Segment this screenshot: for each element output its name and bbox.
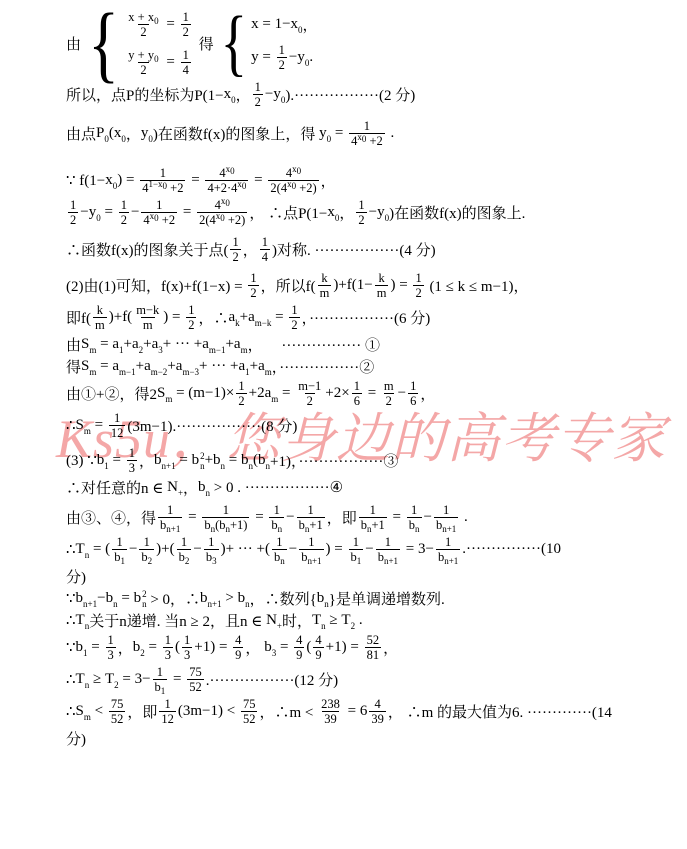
text-run: 2 [188, 318, 194, 332]
scripted-symbol: b2 [179, 550, 190, 564]
fraction: km [318, 271, 332, 300]
denominator: b1 [112, 549, 127, 564]
scripted-symbol: T2 [341, 612, 355, 629]
text-run: 1 [291, 303, 297, 317]
brace-group: {x = 1−x0，y = 12−y0. [216, 14, 318, 73]
subscript: 0 [230, 167, 235, 176]
text-run: 2 [307, 394, 313, 408]
text-run: 1 [255, 80, 261, 94]
fraction: 1bn [272, 535, 287, 564]
denominator: 52 [187, 679, 204, 694]
text-run: = [179, 204, 195, 221]
text-run: ， [321, 170, 336, 191]
text-run: m [384, 379, 394, 393]
text-run: n+1 [442, 525, 456, 534]
text-run: )+( [156, 541, 174, 558]
text-run: = [389, 509, 405, 526]
text-run: = [331, 125, 347, 142]
text-run: m [320, 286, 330, 300]
denominator: 2 [305, 393, 315, 408]
scripted-symbol: bn+1 [154, 452, 176, 469]
numerator: 238 [319, 697, 342, 711]
scripted-symbol: bn [258, 452, 270, 469]
superscript: 1−x0 [148, 180, 167, 189]
solution-line: ∴Tn关于n递增. 当n ≥ 2，且n ∈ N+时，Tn ≥ T2 . [66, 610, 681, 631]
text-run: 得 [66, 356, 81, 377]
text-run: +1 [309, 518, 322, 532]
text-run: 1 [160, 166, 166, 180]
scripted-symbol: bn [204, 518, 215, 532]
equation-stack: x + x02 = 12y + y02 = 14 [124, 9, 193, 78]
text-run: ).·················(2 分) [285, 84, 415, 105]
denominator: 81 [365, 647, 382, 662]
numerator: 1 [368, 503, 378, 517]
text-run: ∴ [66, 416, 76, 435]
text-run: 关于n递增. 当n ≥ 2，且n ∈ [89, 610, 266, 631]
text-run: 0 [230, 167, 235, 176]
text-run: 2 [238, 394, 244, 408]
text-run: n [278, 525, 283, 534]
scripted-symbol: a1 [112, 336, 123, 353]
text-run: }是单调递增数列. [329, 588, 445, 609]
text-run: 1 [357, 557, 362, 566]
solution-line: ∴Tn = (1b1−1b2)+(1b2−1b3)+ ··· +(1bn−1bn… [66, 534, 681, 565]
scripted-symbol: y0 [319, 125, 331, 142]
text-run: > 0，∴ [147, 588, 200, 609]
denominator: bn+1 [434, 517, 458, 532]
text-run: m−k [136, 303, 159, 317]
text-run: 0 [298, 26, 303, 35]
denominator: b2 [139, 549, 154, 564]
text-run: ) = [326, 541, 347, 558]
scripted-symbol: b3 [264, 639, 276, 656]
denominator: 4x0 +2 [349, 133, 385, 148]
scripted-symbol: a1 [238, 358, 249, 375]
denominator: b2 [177, 549, 192, 564]
text-run: 2 [140, 25, 146, 39]
text-run: > [222, 590, 238, 607]
scripted-symbol: x0 [150, 212, 159, 221]
fraction: 4x02(4x0 +2) [268, 166, 318, 195]
fraction: 12 [356, 198, 366, 227]
fraction: y + y02 [126, 48, 160, 77]
denominator: 2(4x0 +2) [268, 180, 318, 195]
text-run: +2× [325, 385, 349, 402]
text-run: 1 [445, 535, 451, 549]
text-run: ， [118, 637, 133, 658]
numerator: 1 [362, 119, 372, 133]
subscript: 1 [83, 649, 88, 658]
text-run: +2) [296, 181, 317, 195]
text-run: − [131, 204, 139, 221]
solution-line: 分) [66, 566, 681, 587]
scripted-symbol: bn [271, 518, 282, 532]
fraction: 12 [186, 303, 196, 332]
text-run: +2) [225, 213, 246, 227]
text-run: 39 [371, 712, 384, 726]
scripted-symbol: bn [317, 590, 329, 607]
denominator: 2 [119, 212, 129, 227]
equation-row: x = 1−x0， [251, 14, 317, 35]
scripted-symbol: 4x0 [143, 213, 158, 227]
text-run: = [91, 417, 107, 434]
text-run: 0 [163, 182, 168, 191]
subscript: 1 [161, 687, 166, 696]
scripted-symbol: N+ [167, 479, 183, 496]
text-run: 1 [104, 462, 109, 471]
denominator: 3 [106, 647, 116, 662]
text-run: ，即 [327, 507, 357, 528]
scripted-symbol: Tn [76, 541, 90, 558]
subscript: m−3 [182, 368, 199, 377]
text-run: 81 [367, 648, 380, 662]
numerator: 1 [158, 166, 168, 180]
subscript: n [85, 551, 90, 560]
solution-line: 由点P0(x0，y0)在函数f(x)的图象上，得 y0 = 14x0 +2 . [66, 118, 681, 149]
subscript: m [241, 346, 248, 355]
superscript: x0 [221, 197, 230, 206]
denominator: m [318, 285, 332, 300]
text-run: = [145, 639, 161, 656]
denominator: 2 [289, 317, 299, 332]
text-run: 1 [165, 697, 171, 711]
text-run: 2 [148, 557, 153, 566]
text-run: 0 [242, 182, 247, 191]
text-run: 1 [181, 535, 187, 549]
text-run: ∴ [66, 670, 76, 689]
text-run: = [96, 336, 112, 353]
text-run: 1 [279, 43, 285, 57]
denominator: 2 [181, 24, 191, 39]
subscript: n [280, 557, 285, 566]
numerator: k [319, 271, 329, 285]
subscript: n [278, 525, 283, 534]
numerator: 1 [408, 379, 418, 393]
text-run: + [143, 336, 151, 353]
text-run: x + [128, 10, 148, 24]
fraction: 4x04+2·4x0 [205, 166, 248, 195]
scripted-symbol: Sm [157, 385, 172, 402]
subscript: n+1 [208, 600, 222, 609]
scripted-symbol: 41−x0 [142, 181, 167, 195]
denominator: 2(4x0 +2) [197, 212, 247, 227]
text-run: 1 [415, 271, 421, 285]
text-run: 2 [140, 63, 146, 77]
subscript: 0 [297, 167, 302, 176]
fraction: 1b1 [112, 535, 127, 564]
scripted-symbol: bn+1 [438, 550, 458, 564]
scripted-symbol: y0 [273, 86, 285, 103]
numerator: 1 [165, 503, 175, 517]
subscript: 2 [114, 681, 119, 690]
text-run: − [365, 541, 373, 558]
text-run: 0 [297, 167, 302, 176]
numerator: 1 [119, 198, 129, 212]
scripted-symbol: am [234, 336, 248, 353]
text-run: = [187, 172, 203, 189]
subscript: 3 [212, 557, 217, 566]
fraction: 23839 [319, 697, 342, 726]
denominator: 2 [356, 212, 366, 227]
denominator: 2 [138, 62, 148, 77]
denominator: m [93, 317, 107, 332]
subscript: 2 [185, 557, 190, 566]
text-run: 0 [121, 135, 126, 144]
text-run: 1 [157, 665, 163, 679]
fraction: m−12 [296, 379, 323, 408]
subscript: 0 [292, 182, 297, 191]
subscript: n+1 [162, 462, 176, 471]
text-run: 9 [235, 648, 241, 662]
text-run: 2 [415, 286, 421, 300]
text-run: 39 [324, 712, 337, 726]
text-run: ， [236, 84, 251, 105]
text-run: 3 [272, 649, 277, 658]
subscript: n+1 [444, 557, 458, 566]
text-run: 1 [364, 119, 370, 133]
text-run: +1) [230, 518, 247, 532]
text-run: ， ················ ① [248, 334, 380, 355]
denominator: bn+1 [436, 549, 460, 564]
text-run: ， [126, 123, 141, 144]
scripted-symbol: a3 [152, 336, 163, 353]
denominator: 4 [260, 249, 270, 264]
text-run: 52 [189, 680, 202, 694]
text-run: − [193, 541, 201, 558]
denominator: 9 [294, 647, 304, 662]
subscript: n [211, 525, 216, 534]
text-run: ( [175, 639, 180, 656]
text-run: m−1 [209, 346, 226, 355]
scripted-symbol: b2 [133, 639, 145, 656]
text-run: 1 [245, 368, 250, 377]
scripted-symbol: bn [241, 452, 253, 469]
scripted-symbol: bn [219, 518, 230, 532]
scripted-symbol: b1 [114, 550, 125, 564]
solution-line: ∴函数f(x)的图象关于点(12，14)对称. ················… [66, 234, 681, 265]
text-run: ) = [390, 277, 411, 294]
numerator: 1 [163, 697, 173, 711]
subscript: k [235, 319, 240, 328]
scripted-symbol: ak [228, 309, 239, 326]
subscript: 0 [96, 214, 101, 223]
scripted-symbol: x0 [327, 204, 339, 221]
scripted-symbol: x0 [292, 165, 301, 174]
subscript: 3 [272, 649, 277, 658]
scripted-symbol: 4x0 [215, 198, 230, 212]
text-run: 0 [327, 135, 332, 144]
numerator: x + x0 [126, 10, 160, 24]
text-run: 1 [223, 503, 229, 517]
text-run: k [97, 303, 103, 317]
subscript: 0 [298, 26, 303, 35]
scripted-symbol: y0 [148, 48, 159, 62]
subscript: 0 [220, 214, 225, 223]
text-run: 0 [225, 199, 230, 208]
document-body: 由{x + x02 = 12y + y02 = 14 得{x = 1−x0，y … [66, 9, 681, 749]
fraction: 49 [313, 633, 323, 662]
text-run: n+1 [83, 600, 97, 609]
text-run: ， [243, 239, 258, 260]
text-run: n+1 [166, 525, 180, 534]
scripted-symbol: x0 [158, 180, 167, 189]
denominator: 3 [182, 647, 192, 662]
text-run: m [143, 318, 153, 332]
text-run: 1 [358, 198, 364, 212]
numerator: 1 [127, 446, 137, 460]
scripted-symbol: x0 [114, 125, 126, 142]
brace-group: {x + x02 = 12y + y02 = 14 [83, 9, 193, 78]
text-run: n+1 [384, 557, 398, 566]
text-run: ，∴m < [259, 701, 317, 722]
text-run: n [324, 600, 329, 609]
text-run: n [142, 600, 147, 609]
text-run: 9 [315, 648, 321, 662]
text-run: y = [251, 49, 274, 66]
denominator: 39 [322, 711, 339, 726]
solution-line: 由{x + x02 = 12y + y02 = 14 得{x = 1−x0，y … [66, 9, 681, 78]
fraction: m−km [134, 303, 161, 332]
text-run: 0 [113, 182, 118, 191]
text-run: m−3 [182, 368, 199, 377]
fraction: 13 [163, 633, 173, 662]
text-run: m [271, 395, 278, 404]
text-run: m [84, 713, 91, 722]
subscript: 0 [385, 214, 390, 223]
text-run: m [377, 286, 387, 300]
numerator: 1 [272, 503, 282, 517]
text-run: ， [245, 637, 264, 658]
scripted-symbol: bn [274, 550, 285, 564]
text-run: ∵ [66, 638, 76, 657]
scripted-symbol: x0 [357, 133, 366, 142]
text-run: 52 [111, 712, 124, 726]
text-run: y + [128, 48, 148, 62]
fraction: 16 [408, 379, 418, 408]
numerator: 1 [443, 535, 453, 549]
text-run: 1 [410, 379, 416, 393]
text-run: m [84, 427, 91, 436]
text-run: n [206, 489, 211, 498]
text-run: 9 [296, 648, 302, 662]
text-run: n+1 [307, 557, 321, 566]
denominator: bn [269, 517, 284, 532]
text-run: 2 [140, 649, 145, 658]
text-run: ，所以f( [261, 275, 316, 296]
numerator: 1 [409, 503, 419, 517]
subscript: n [367, 525, 372, 534]
text-run: +1 [371, 518, 384, 532]
text-run: 0 [220, 214, 225, 223]
text-run: 4+2· [207, 181, 231, 195]
fraction: 12 [253, 80, 263, 109]
text-run: + [240, 309, 248, 326]
numerator: 1 [352, 379, 362, 393]
denominator: 52 [241, 711, 258, 726]
text-run: )在函数f(x)的图象上，得 [153, 123, 319, 144]
text-run: 1 [183, 48, 189, 62]
text-run: ， ∴m 的最大值为6. ·············(14 [388, 701, 612, 722]
fraction: 12 [248, 271, 258, 300]
solution-line: (3) ∵b1 = 13，bn+1 = b2n+bn = bn(bn+1)，··… [66, 445, 681, 476]
text-run: 2 [351, 622, 356, 631]
subscript: n [245, 600, 250, 609]
denominator: 41−x0 +2 [140, 180, 185, 195]
denominator: 2 [413, 285, 423, 300]
text-run: − [265, 86, 273, 103]
text-run: 0 [305, 59, 310, 68]
text-run: ≥ [89, 671, 105, 688]
denominator: 52 [109, 711, 126, 726]
fraction: 141−x0 +2 [140, 166, 185, 195]
scripted-symbol: am−2 [144, 358, 167, 375]
subscript: n [249, 462, 254, 471]
solution-line: ∵bn+1−bn = b2n > 0，∴bn+1 > bn，∴数列{bn}是单调… [66, 588, 681, 609]
scripted-symbol: bn+1 [160, 518, 180, 532]
denominator: b3 [204, 549, 219, 564]
text-run: 由①+②，得2 [66, 383, 157, 404]
text-run: 4 [296, 633, 302, 647]
text-run: ，·················(6 分) [302, 307, 431, 328]
scripted-symbol: bn+1 [76, 590, 98, 607]
text-run: . [387, 125, 395, 142]
text-run: 0 [154, 55, 159, 64]
text-run: 2 [232, 250, 238, 264]
subscript: 1 [120, 557, 125, 566]
text-run: 1 [238, 379, 244, 393]
text-run: ∵ f(1− [66, 171, 105, 190]
scripted-symbol: Sm [81, 336, 96, 353]
subscript: n+1 [307, 557, 321, 566]
numerator: 1 [179, 535, 189, 549]
text-run: 1 [183, 10, 189, 24]
scripted-symbol: b1 [97, 452, 109, 469]
text-run: 0 [96, 214, 101, 223]
text-run: 75 [243, 697, 256, 711]
subscript: 0 [335, 214, 340, 223]
text-run: = [169, 671, 185, 688]
solution-line: 由③、④，得1bn+1 = 1bn(bn+1) = 1bn−1bn+1，即1bn… [66, 502, 681, 533]
text-run: (3m−1).·················(8 分) [127, 415, 297, 436]
subscript: m [165, 395, 172, 404]
text-run: 分) [66, 566, 86, 587]
text-run: − [129, 541, 137, 558]
subscript: n [221, 462, 226, 471]
numerator: 1 [142, 535, 152, 549]
equation-row: x + x02 = 12 [124, 9, 193, 40]
fraction: km [93, 303, 107, 332]
scripted-symbol: b1 [155, 680, 166, 694]
scripted-symbol: x0 [148, 10, 159, 24]
text-run: 12 [111, 426, 124, 440]
text-run: m [89, 346, 96, 355]
text-run: ∴对任意的n ∈ [66, 477, 167, 498]
scripted-symbol: x0 [287, 180, 296, 189]
scripted-symbol: Sm [81, 358, 96, 375]
text-run: ∴ [66, 702, 76, 721]
fraction: 13 [127, 446, 137, 475]
scripted-symbol: x0 [237, 180, 246, 189]
text-run: 1 [120, 557, 125, 566]
text-run: 2( [270, 181, 280, 195]
denominator: bn [407, 517, 422, 532]
denominator: 2 [236, 393, 246, 408]
subscript: 3 [158, 346, 163, 355]
text-run: 1 [274, 503, 280, 517]
text-run: )+f( [109, 309, 132, 326]
text-run: 2 [142, 590, 147, 599]
denominator: 2 [68, 212, 78, 227]
